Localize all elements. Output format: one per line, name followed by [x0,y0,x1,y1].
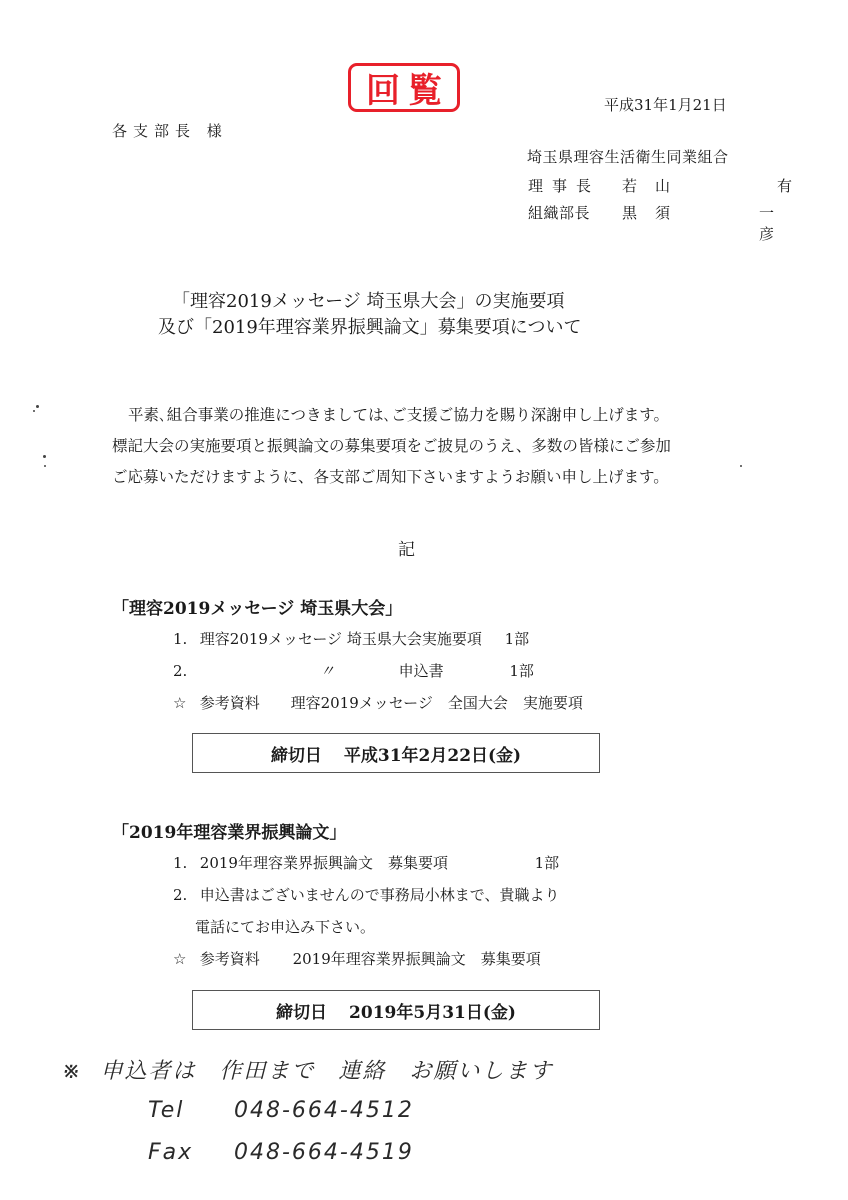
scan-speck [740,465,742,467]
scan-speck [44,465,46,467]
sender-title: 組織部長 [528,202,622,244]
sender-given-name: 有 [752,175,792,196]
body-paragraph-line-2: 標記大会の実施要項と振興論文の募集要項をご披見のうえ、多数の皆様にご参加 [112,434,671,456]
handwritten-fax: Fax048-664-4519 [148,1140,414,1165]
scan-speck [36,405,39,408]
circulation-stamp: 回覧 [348,63,460,112]
deadline-date: 平成31年2月22日(金) [344,741,521,766]
star-icon: ☆ [173,950,195,968]
reference-label: 参考資料 [200,692,286,713]
deadline-label: 締切日 [276,998,327,1023]
document-title-line-2: 及び「2019年理容業界振興論文」募集要項について [158,313,581,339]
list-item: 2. 申込書はございませんので事務局小林まで、貴職より [173,884,559,905]
document-title-line-1: 「理容2019メッセージ 埼玉県大会」の実施要項 [172,287,564,313]
addressee: 各支部長 様 [112,120,228,141]
scan-speck [33,410,35,412]
item-number: 2. [173,886,195,904]
list-item: 1. 2019年理容業界振興論文 募集要項 1部 [173,852,559,873]
reference-item: ☆ 参考資料 理容2019メッセージ 全国大会 実施要項 [173,692,583,713]
fax-number: 048-664-4519 [234,1140,414,1165]
body-paragraph-line-3: ご応募いただけますように、各支部ご周知下さいますようお願い申し上げます。 [112,465,669,487]
deadline-date: 2019年5月31日(金) [349,998,516,1023]
section-heading-convention: 「理容2019メッセージ 埼玉県大会」 [112,594,402,619]
document-date: 平成31年1月21日 [604,94,727,115]
ditto-mark: 〃 [320,660,394,681]
item-text-continued: 電話にてお申込み下さい。 [195,916,375,937]
handwritten-tel: Tel048-664-4512 [148,1098,414,1123]
item-quantity: 1部 [505,630,530,648]
handwritten-note-text: 申込者は 作田まで 連絡 お願いします [100,1059,553,1084]
list-item: 1. 理容2019メッセージ 埼玉県大会実施要項 1部 [173,628,529,649]
item-number: 1. [173,854,195,872]
sender-organization-director: 組織部長 黒須 一彦 [528,202,810,244]
item-text: 申込書はございませんので事務局小林まで、貴職より [200,886,560,904]
sender-chairman: 理事長 若山 有 [528,175,792,196]
star-icon: ☆ [173,694,195,712]
reference-text: 2019年理容業界振興論文 募集要項 [293,950,541,968]
item-quantity: 1部 [509,662,534,680]
scan-speck [43,455,46,458]
sender-given-name: 一彦 [700,202,810,244]
item-text: 2019年理容業界振興論文 募集要項 [200,852,530,873]
reference-label: 参考資料 [200,948,288,969]
deadline-box: 締切日 2019年5月31日(金) [192,990,600,1030]
item-text: 理容2019メッセージ 埼玉県大会実施要項 [200,628,500,649]
list-item: 2. 〃 申込書 1部 [173,660,534,681]
sender-family-name: 若山 [622,175,752,196]
handwritten-note: ※申込者は 作田まで 連絡 お願いします [62,1054,553,1085]
item-number: 1. [173,630,195,648]
sender-title: 理事長 [528,175,622,196]
item-number: 2. [173,662,315,680]
tel-label: Tel [148,1098,234,1123]
fax-label: Fax [148,1140,234,1165]
sender-family-name: 黒須 [622,202,700,244]
reference-mark-icon: ※ [62,1059,82,1084]
reference-item: ☆ 参考資料 2019年理容業界振興論文 募集要項 [173,948,541,969]
deadline-box: 締切日 平成31年2月22日(金) [192,733,600,773]
sender-organization: 埼玉県理容生活衛生同業組合 [527,146,729,167]
deadline-label: 締切日 [271,741,322,766]
item-quantity: 1部 [535,854,560,872]
ki-heading: 記 [398,535,415,560]
item-text: 申込書 [399,660,505,681]
body-paragraph-line-1: 平素､組合事業の推進につきましては､ご支援ご協力を賜り深謝申し上げます。 [128,403,669,425]
tel-number: 048-664-4512 [234,1098,414,1123]
reference-text: 理容2019メッセージ 全国大会 実施要項 [291,694,583,712]
section-heading-essay: 「2019年理容業界振興論文」 [112,818,346,843]
